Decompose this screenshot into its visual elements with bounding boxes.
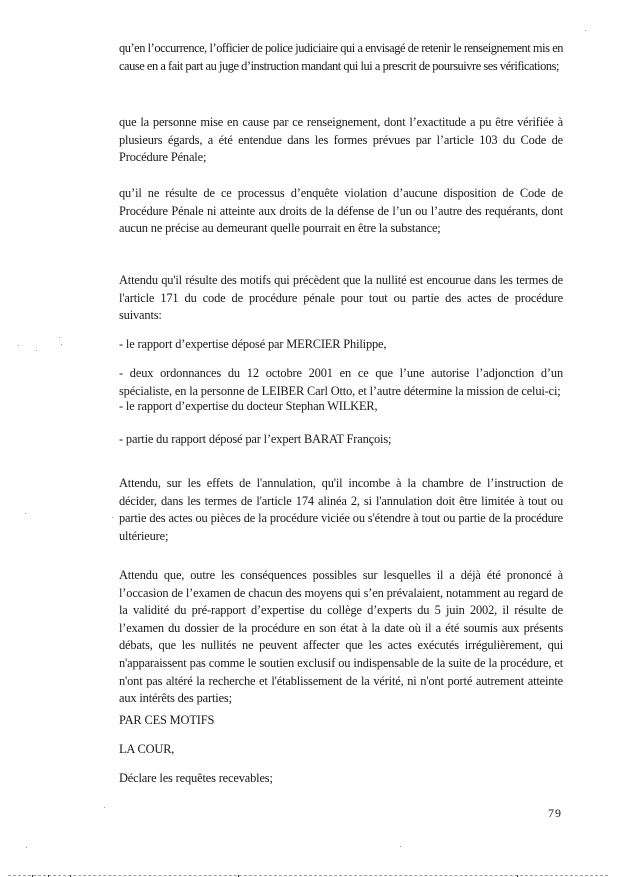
list-item-ordonnances: - deux ordonnances du 12 octobre 2001 en… [119, 365, 563, 400]
scan-speck [26, 847, 27, 848]
list-item-rapport-barat: - partie du rapport déposé par l’expert … [119, 431, 563, 449]
scan-speck [59, 337, 60, 338]
scan-speck [400, 846, 401, 847]
paragraph-attendu-nullite: Attendu qu'il résulte des motifs qui pré… [119, 272, 563, 325]
paragraph-consequences: Attendu que, outre les conséquences poss… [119, 567, 563, 708]
page-number: 79 [548, 806, 562, 821]
scan-speck [112, 517, 113, 518]
paragraph-declare-recevables: Déclare les requêtes recevables; [119, 770, 563, 788]
list-item-rapport-wilker: - le rapport d’expertise du docteur Step… [119, 398, 563, 416]
scan-speck [36, 350, 37, 351]
scan-speck [104, 807, 105, 808]
paragraph-effets-annulation: Attendu, sur les effets de l'annulation,… [119, 475, 563, 545]
scan-speck [585, 30, 586, 31]
scanned-document-page: qu’en l’occurrence, l’officier de police… [0, 0, 620, 877]
scan-speck [25, 513, 26, 514]
list-item-rapport-mercier: - le rapport d’expertise déposé par MERC… [119, 336, 563, 354]
paragraph-officier-police: qu’en l’occurrence, l’officier de police… [119, 40, 563, 75]
scan-speck [18, 345, 19, 346]
heading-par-ces-motifs: PAR CES MOTIFS [119, 712, 563, 730]
scan-speck [61, 344, 62, 345]
paragraph-aucune-violation: qu’il ne résulte de ce processus d’enquê… [119, 185, 563, 238]
heading-la-cour: LA COUR, [119, 741, 563, 759]
paragraph-personne-entendue: que la personne mise en cause par ce ren… [119, 114, 563, 167]
